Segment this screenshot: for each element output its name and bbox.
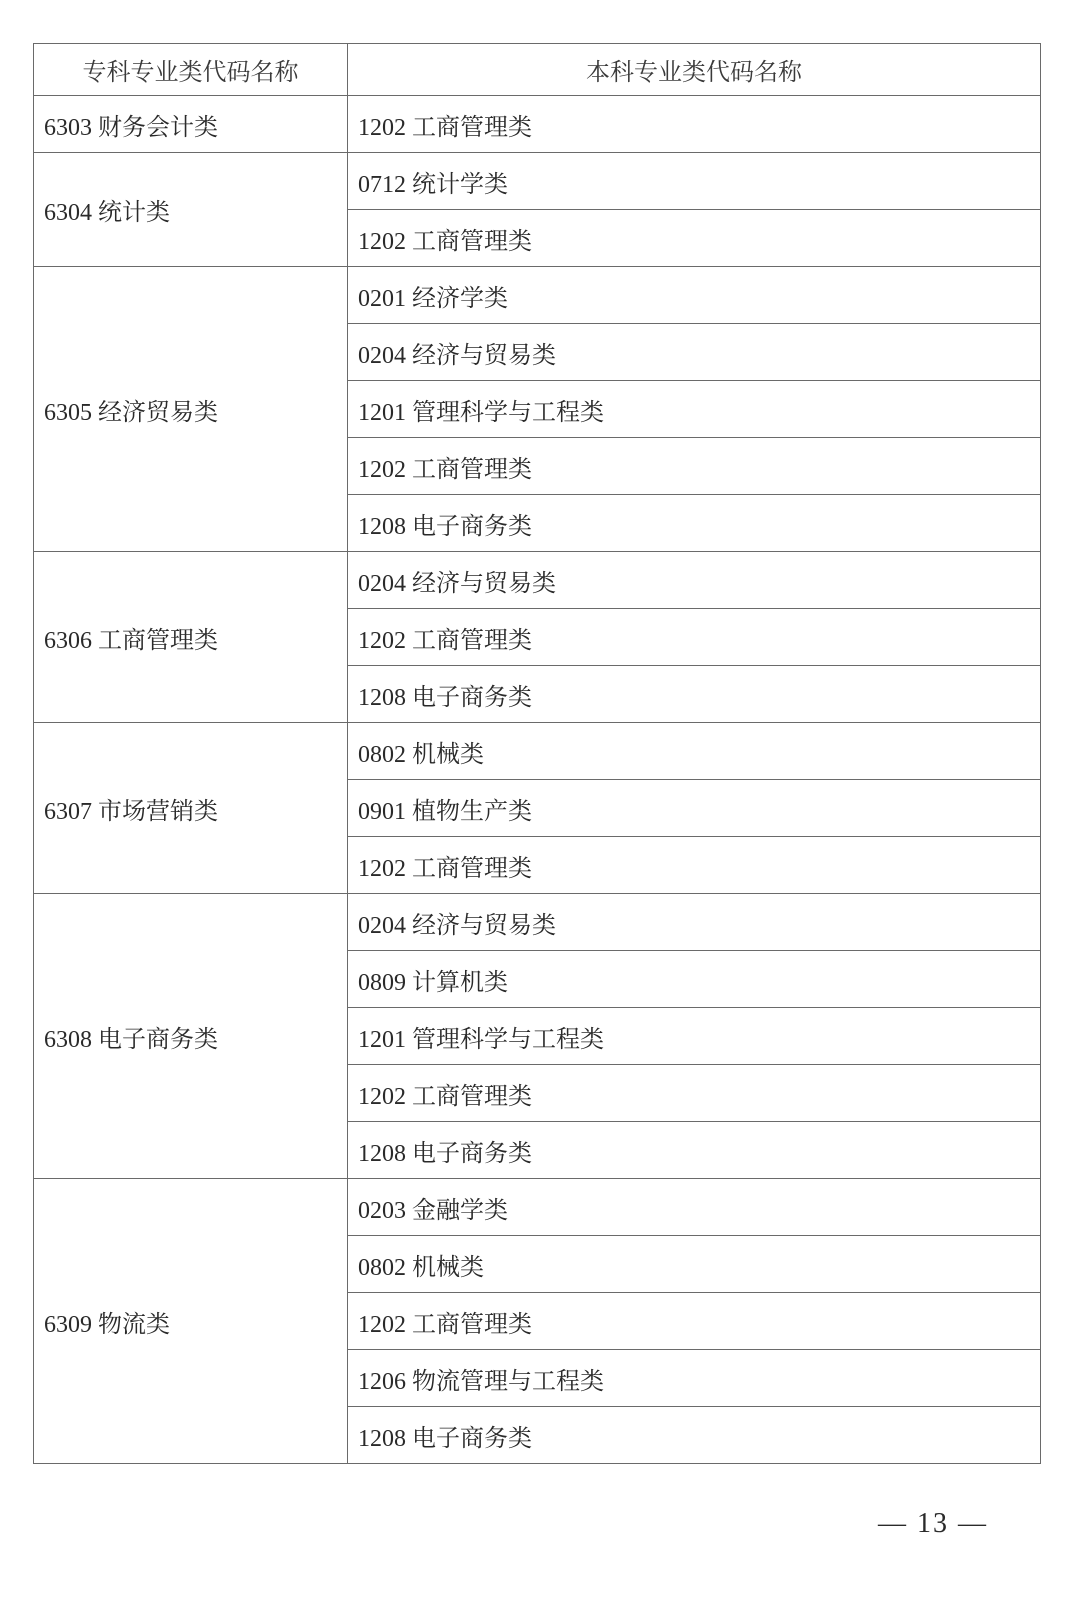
table-body: 6303 财务会计类1202 工商管理类6304 统计类0712 统计学类120… [34,96,1041,1464]
undergraduate-major-cell: 0201 经济学类 [348,267,1041,324]
undergraduate-major-cell: 1202 工商管理类 [348,96,1041,153]
table-row: 6303 财务会计类1202 工商管理类 [34,96,1041,153]
undergraduate-major-cell: 1202 工商管理类 [348,438,1041,495]
table-header-row: 专科专业类代码名称 本科专业类代码名称 [34,44,1041,96]
undergraduate-major-cell: 1201 管理科学与工程类 [348,381,1041,438]
undergraduate-major-cell: 0204 经济与贸易类 [348,324,1041,381]
undergraduate-major-cell: 0802 机械类 [348,1236,1041,1293]
undergraduate-major-cell: 0204 经济与贸易类 [348,894,1041,951]
header-undergraduate-major: 本科专业类代码名称 [348,44,1041,96]
undergraduate-major-cell: 1202 工商管理类 [348,1065,1041,1122]
table-row: 6306 工商管理类0204 经济与贸易类 [34,552,1041,609]
specialist-major-cell: 6306 工商管理类 [34,552,348,723]
table-row: 6308 电子商务类0204 经济与贸易类 [34,894,1041,951]
header-specialist-major: 专科专业类代码名称 [34,44,348,96]
undergraduate-major-cell: 0712 统计学类 [348,153,1041,210]
undergraduate-major-cell: 1202 工商管理类 [348,1293,1041,1350]
major-mapping-table: 专科专业类代码名称 本科专业类代码名称 6303 财务会计类1202 工商管理类… [33,43,1041,1464]
undergraduate-major-cell: 1202 工商管理类 [348,609,1041,666]
undergraduate-major-cell: 1201 管理科学与工程类 [348,1008,1041,1065]
specialist-major-cell: 6305 经济贸易类 [34,267,348,552]
undergraduate-major-cell: 1202 工商管理类 [348,837,1041,894]
undergraduate-major-cell: 0204 经济与贸易类 [348,552,1041,609]
undergraduate-major-cell: 1202 工商管理类 [348,210,1041,267]
specialist-major-cell: 6309 物流类 [34,1179,348,1464]
undergraduate-major-cell: 0901 植物生产类 [348,780,1041,837]
table-row: 6309 物流类0203 金融学类 [34,1179,1041,1236]
page-number: — 13 — [878,1508,988,1540]
undergraduate-major-cell: 1206 物流管理与工程类 [348,1350,1041,1407]
undergraduate-major-cell: 1208 电子商务类 [348,666,1041,723]
undergraduate-major-cell: 1208 电子商务类 [348,1122,1041,1179]
specialist-major-cell: 6308 电子商务类 [34,894,348,1179]
undergraduate-major-cell: 1208 电子商务类 [348,1407,1041,1464]
table-row: 6307 市场营销类0802 机械类 [34,723,1041,780]
undergraduate-major-cell: 0802 机械类 [348,723,1041,780]
undergraduate-major-cell: 0809 计算机类 [348,951,1041,1008]
specialist-major-cell: 6304 统计类 [34,153,348,267]
specialist-major-cell: 6307 市场营销类 [34,723,348,894]
table-row: 6305 经济贸易类0201 经济学类 [34,267,1041,324]
table-row: 6304 统计类0712 统计学类 [34,153,1041,210]
undergraduate-major-cell: 1208 电子商务类 [348,495,1041,552]
specialist-major-cell: 6303 财务会计类 [34,96,348,153]
undergraduate-major-cell: 0203 金融学类 [348,1179,1041,1236]
